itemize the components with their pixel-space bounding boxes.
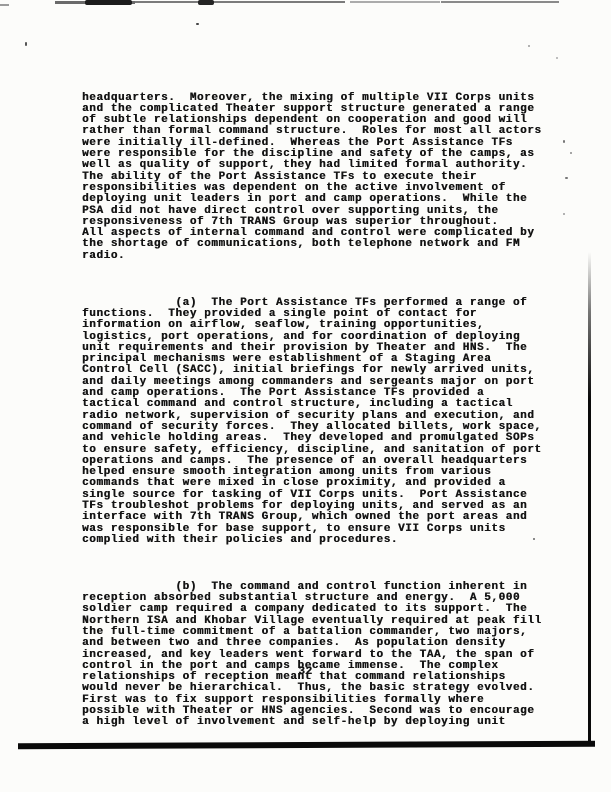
scan-speck: [565, 177, 568, 179]
scan-artifact-top-band: [350, 1, 440, 3]
paragraph-b: (b) The command and control function inh…: [82, 582, 560, 729]
scan-artifact-top-blob: [85, 0, 132, 5]
document-page: headquarters. Moreover, the mixing of mu…: [0, 0, 611, 792]
scan-artifact-top-blob: [198, 0, 214, 5]
paragraph-a: (a) The Port Assistance TFs performed a …: [82, 298, 560, 547]
scan-speck: [556, 57, 558, 59]
body-text: headquarters. Moreover, the mixing of mu…: [82, 70, 560, 764]
scan-speck: [563, 140, 565, 143]
scan-artifact-tick: [0, 4, 9, 6]
scan-speck: [570, 152, 572, 154]
scan-artifact-top-band: [441, 1, 559, 3]
paragraph-continuation: headquarters. Moreover, the mixing of mu…: [82, 93, 560, 262]
scan-speck: [25, 42, 27, 46]
scan-speck: [196, 23, 199, 25]
scan-speck: [528, 45, 530, 47]
scan-speck: [563, 213, 565, 215]
scan-artifact-top-band: [135, 1, 345, 3]
page-number: 32: [0, 666, 611, 678]
